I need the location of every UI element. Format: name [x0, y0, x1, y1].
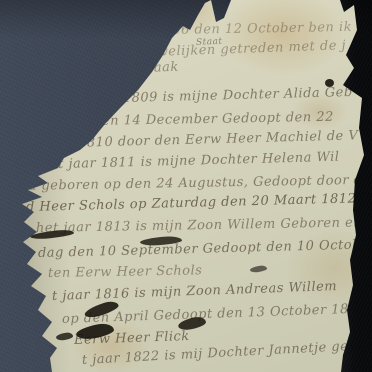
manuscript-line-1813-son-willem: het jaar 1813 is mijn Zoon Willem Gebore…: [36, 216, 362, 235]
ink-blot: [56, 332, 74, 341]
manuscript-line-born-augustus: ina geboren op den 24 Augustus, Gedoopt …: [15, 174, 363, 193]
manuscript-line-1816-son-andreas: t jaar 1816 is mijn Zoon Andreas Willem: [52, 280, 338, 303]
photo-canvas: t jaar 1806 den 12 October ben ik h Staa…: [0, 0, 372, 372]
manuscript-line-baptism-september: dag den 10 September Gedoopt den 10 Octo…: [38, 237, 372, 260]
ink-dot: [325, 79, 334, 87]
manuscript-line-heer-schols: ten Eerw Heer Schols: [48, 264, 203, 280]
manuscript-line-schols-1812: d Heer Schols op Zaturdag den 20 Maart 1…: [26, 192, 357, 214]
ink-blot: [250, 265, 268, 273]
